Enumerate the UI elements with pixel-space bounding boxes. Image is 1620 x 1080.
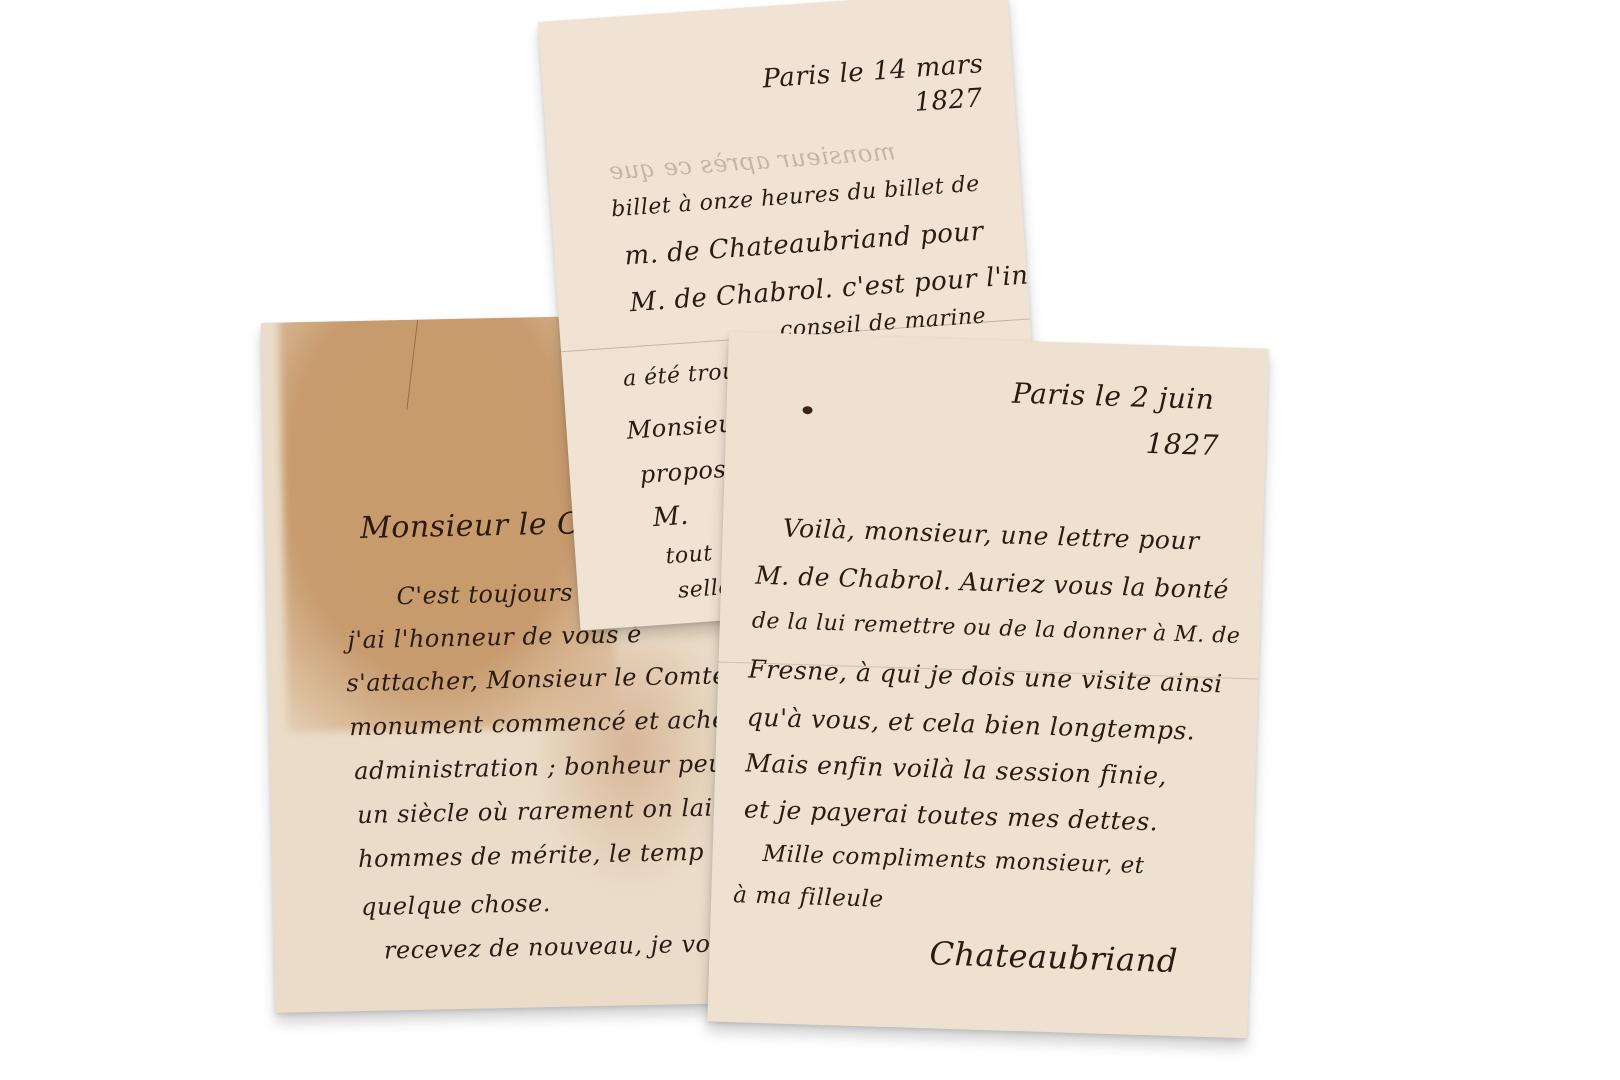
letter-line: à ma filleule [733, 882, 884, 913]
letter-line: de la lui remettre ou de la donner à M. … [751, 609, 1240, 649]
date-year: 1827 [1145, 427, 1219, 462]
letter-line: quelque chose. [361, 889, 551, 921]
dateline: Paris le 2 juin [1012, 377, 1215, 416]
letter-line: et je payerai toutes mes dettes. [744, 794, 1159, 836]
letter-line: Fresne, à qui je dois une visite ainsi [748, 654, 1223, 698]
ink-blot [802, 406, 812, 414]
date-year: 1827 [914, 83, 984, 118]
letter-line: Mais enfin voilà la session finie, [745, 748, 1168, 790]
letter-line: M. [652, 501, 690, 533]
letters-photo: Monsieur le Com C'est toujours pour j'ai… [0, 0, 1620, 1080]
bleed-through-text: monsieur après ce que [608, 137, 897, 185]
letter-line: qu'à vous, et cela bien longtemps. [746, 702, 1195, 745]
letter-line: m. de Chateaubriand pour [624, 216, 985, 271]
letter-line: propos [639, 455, 727, 489]
letter-line: tout [665, 541, 714, 569]
letter-line: Voilà, monsieur, une lettre pour [782, 513, 1200, 555]
signed-letter: Paris le 2 juin 1827 Voilà, monsieur, un… [707, 332, 1268, 1039]
letter-line: Mille compliments monsieur, et [762, 841, 1145, 879]
letter-line: M. de Chabrol. Auriez vous la bonté [755, 561, 1229, 605]
signature: Chateaubriand [929, 934, 1178, 980]
closing-line: recevez de nouveau, je vo [384, 930, 711, 965]
